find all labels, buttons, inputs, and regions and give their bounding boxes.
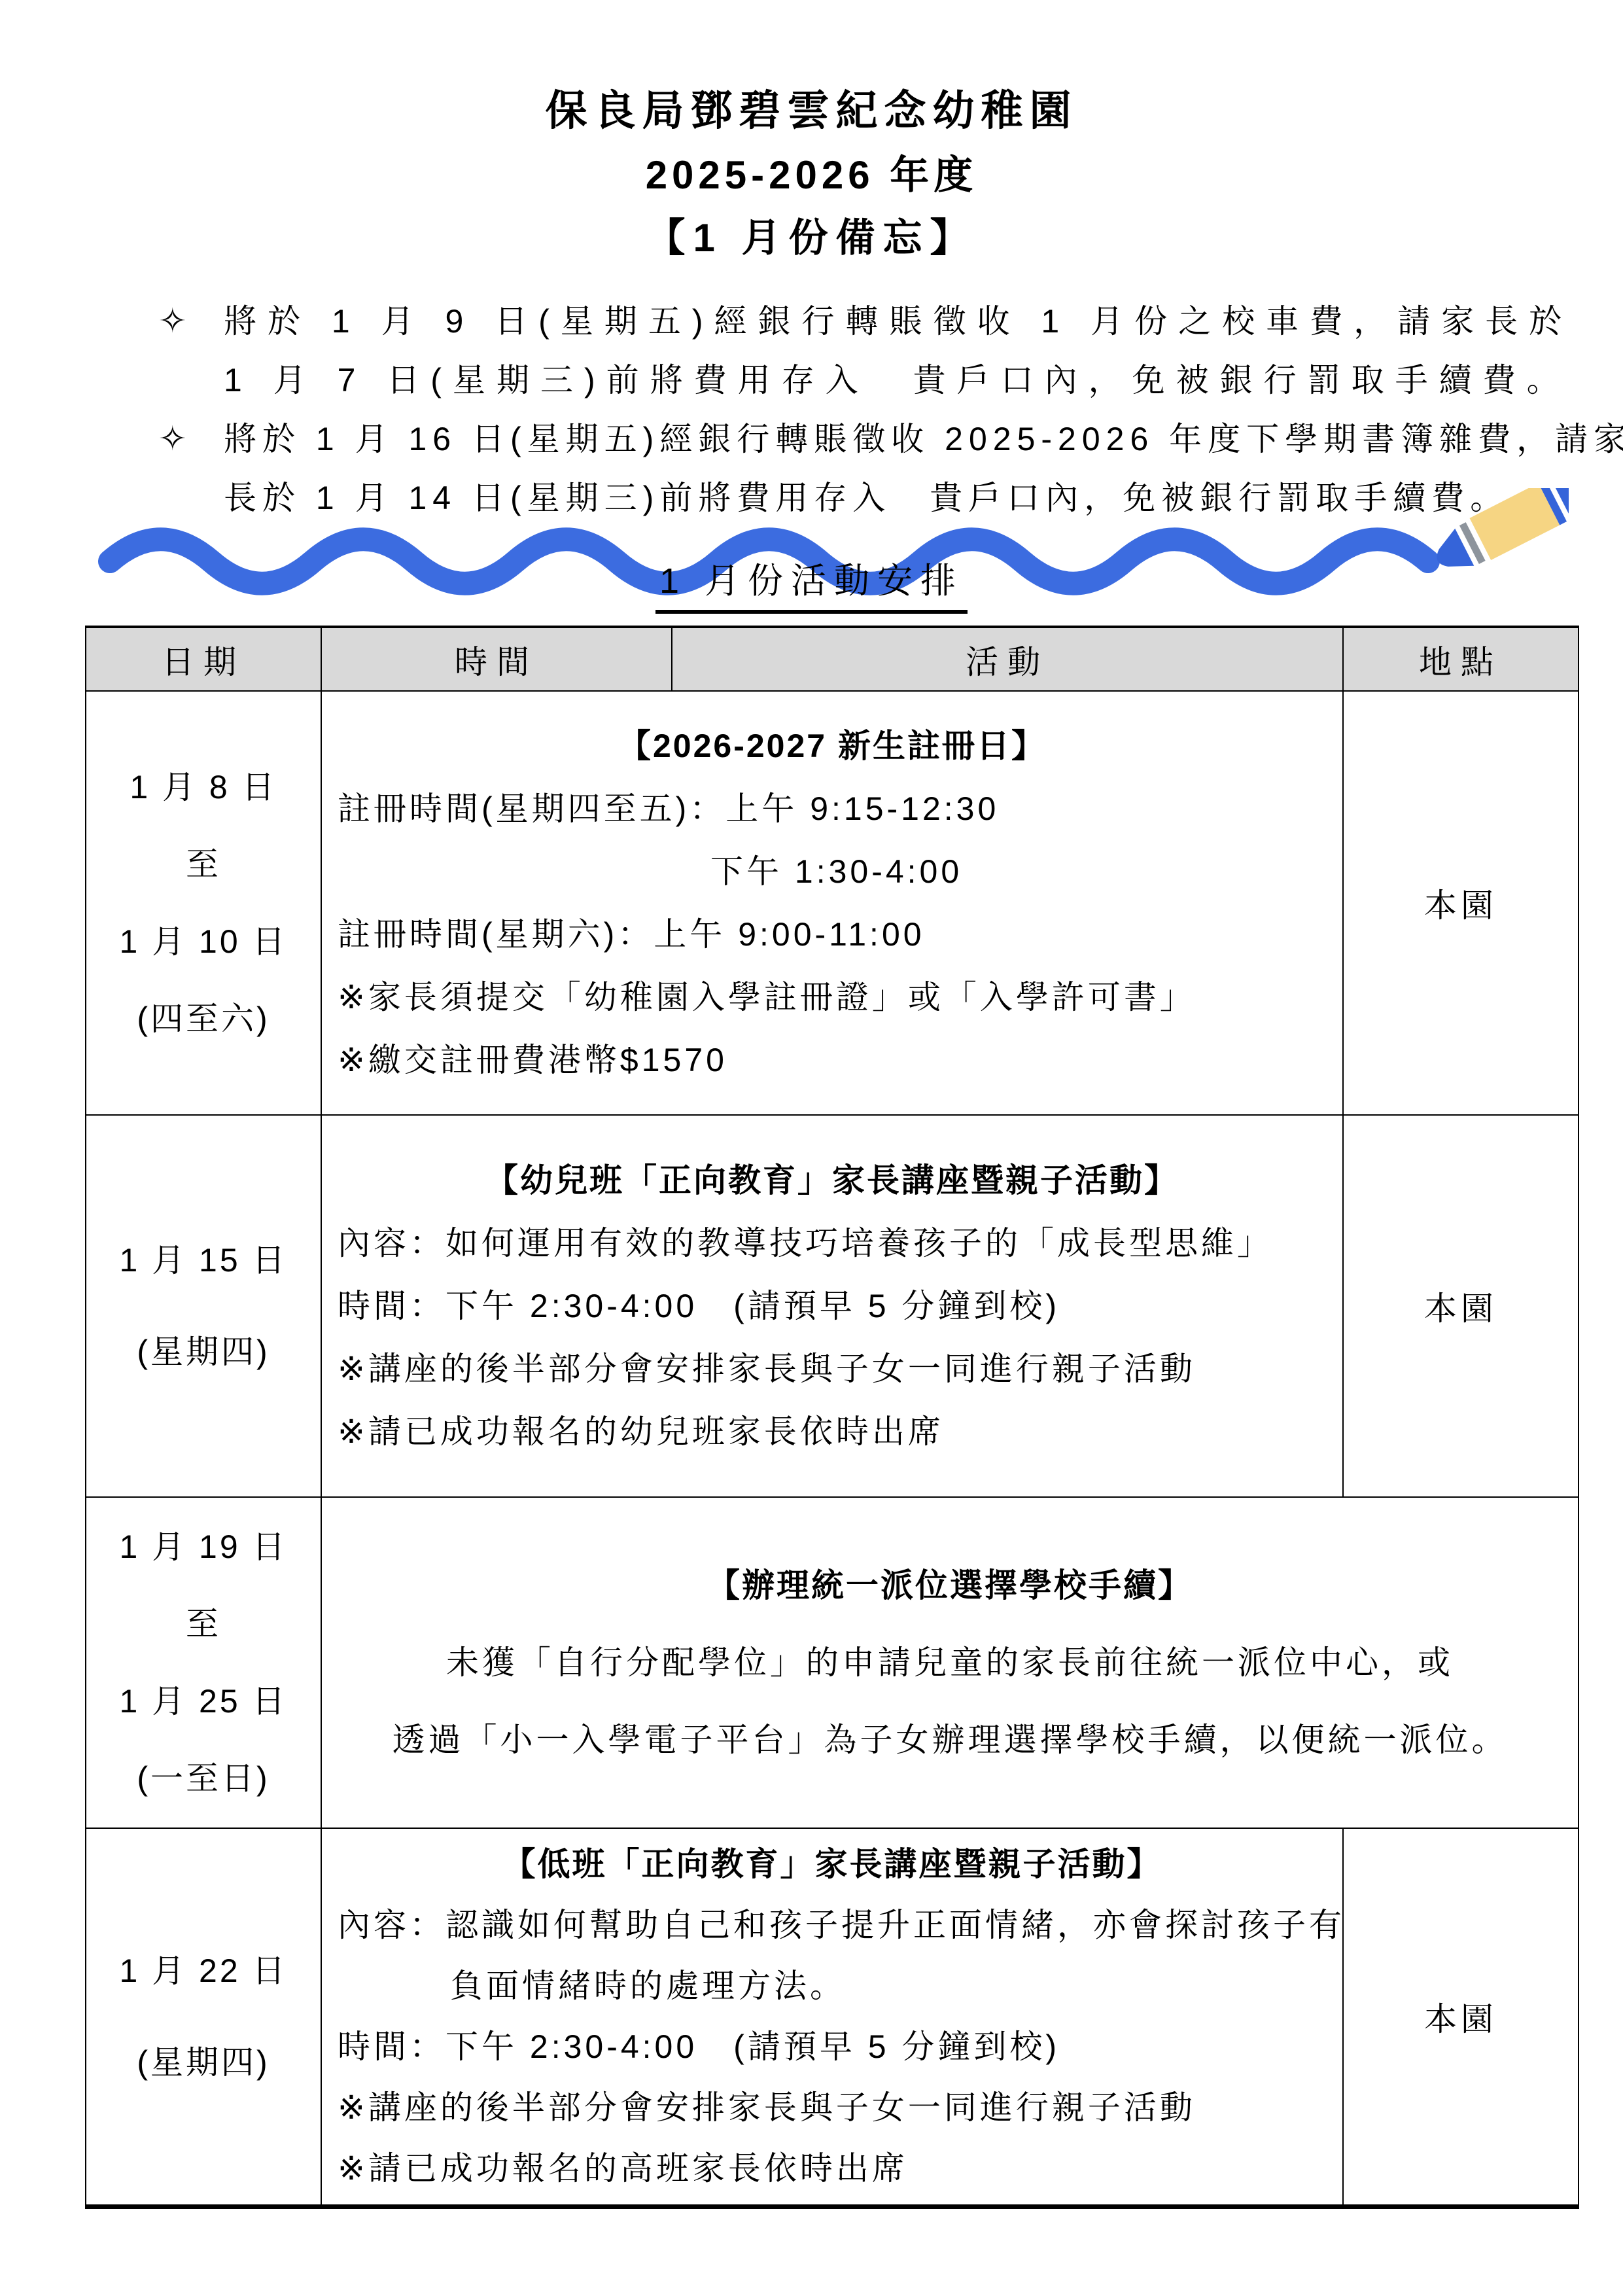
date-line: 1 月 22 日: [90, 1925, 317, 2017]
memo-item-bus-fee: ✧ 將於 1 月 9 日(星期五)經銀行轉賬徵收 1 月份之校車費，請家長於 1…: [158, 292, 1531, 410]
memo-line: 1 月 7 日(星期三)前將費用存入 貴戶口內，免被銀行罰取手續費。: [224, 351, 1573, 410]
school-name: 保良局鄧碧雲紀念幼稚園: [0, 85, 1623, 136]
date-line: (星期四): [90, 1306, 317, 1398]
activity-cell: 【辦理統一派位選擇學校手續】 未獲「自行分配學位」的申請兒童的家長前往統一派位中…: [321, 1497, 1579, 1828]
activity-line: 負面情緒時的處理方法。: [450, 1956, 1327, 2017]
memo-heading: 【1 月份備忘】: [0, 215, 1623, 262]
date-line: 至: [90, 826, 317, 903]
activity-title: 【辦理統一派位選擇學校手續】: [338, 1547, 1562, 1624]
activity-line: 內容：認識如何幫助自己和孩子提升正面情緒，亦會探討孩子有: [338, 1895, 1327, 1956]
date-line: 1 月 10 日: [90, 903, 317, 980]
activity-line: 註冊時間(星期四至五)：上午 9:15-12:30: [338, 777, 1327, 840]
table-row-registration: 1 月 8 日 至 1 月 10 日 (四至六) 【2026-2027 新生註冊…: [86, 691, 1579, 1115]
col-header-activity: 活動: [672, 627, 1343, 691]
schedule-table: 日期 時間 活動 地點 1 月 8 日 至 1 月 10 日 (四至六) 【20…: [85, 626, 1579, 2209]
activity-line: 註冊時間(星期六)：上午 9:00-11:00: [338, 903, 1327, 966]
table-row-k2-seminar: 1 月 22 日 (星期四) 【低班「正向教育」家長講座暨親子活動】 內容：認識…: [86, 1828, 1579, 2207]
activity-line: 時間：下午 2:30-4:00 (請預早 5 分鐘到校): [338, 2017, 1327, 2077]
activity-line: ※繳交註冊費港幣$1570: [338, 1029, 1327, 1091]
location-cell: 本園: [1343, 1115, 1579, 1497]
activity-line: 未獲「自行分配學位」的申請兒童的家長前往統一派位中心，或: [338, 1624, 1562, 1701]
memo-item-text: 將於 1 月 9 日(星期五)經銀行轉賬徵收 1 月份之校車費，請家長於 1 月…: [224, 292, 1573, 410]
col-header-location: 地點: [1343, 627, 1579, 691]
memo-line: 將於 1 月 16 日(星期五)經銀行轉賬徵收 2025-2026 年度下學期書…: [224, 410, 1623, 468]
date-line: (一至日): [90, 1740, 317, 1817]
activity-cell: 【低班「正向教育」家長講座暨親子活動】 內容：認識如何幫助自己和孩子提升正面情緒…: [321, 1828, 1343, 2207]
date-line: 1 月 19 日: [90, 1508, 317, 1585]
date-cell: 1 月 15 日 (星期四): [86, 1115, 321, 1497]
activity-line: ※講座的後半部分會安排家長與子女一同進行親子活動: [338, 2077, 1327, 2138]
memo-line: 將於 1 月 9 日(星期五)經銀行轉賬徵收 1 月份之校車費，請家長於: [224, 292, 1573, 351]
col-header-date: 日期: [86, 627, 321, 691]
col-header-time: 時間: [321, 627, 672, 691]
activity-line: ※講座的後半部分會安排家長與子女一同進行親子活動: [338, 1337, 1327, 1400]
activity-line: ※請已成功報名的高班家長依時出席: [338, 2138, 1327, 2199]
table-header-row: 日期 時間 活動 地點: [86, 627, 1579, 691]
date-cell: 1 月 19 日 至 1 月 25 日 (一至日): [86, 1497, 321, 1828]
activity-title: 【2026-2027 新生註冊日】: [338, 715, 1327, 777]
memo-item-text: 將於 1 月 16 日(星期五)經銀行轉賬徵收 2025-2026 年度下學期書…: [224, 410, 1623, 527]
schedule-title-wrap: 1 月份活動安排: [0, 560, 1623, 614]
diamond-bullet-icon: ✧: [158, 410, 224, 468]
table-row-central-allocation: 1 月 19 日 至 1 月 25 日 (一至日) 【辦理統一派位選擇學校手續】…: [86, 1497, 1579, 1828]
activity-line: 內容：如何運用有效的教導技巧培養孩子的「成長型思維」: [338, 1212, 1327, 1275]
activity-line: ※請已成功報名的幼兒班家長依時出席: [338, 1400, 1327, 1463]
date-line: 1 月 8 日: [90, 749, 317, 826]
location-cell: 本園: [1343, 691, 1579, 1115]
memo-line: 長於 1 月 14 日(星期三)前將費用存入 貴戶口內，免被銀行罰取手續費。: [224, 468, 1623, 527]
diamond-bullet-icon: ✧: [158, 292, 224, 351]
activity-line: ※家長須提交「幼稚園入學註冊證」或「入學許可書」: [338, 966, 1327, 1029]
memo-item-book-fee: ✧ 將於 1 月 16 日(星期五)經銀行轉賬徵收 2025-2026 年度下學…: [158, 410, 1531, 527]
activity-line: 時間：下午 2:30-4:00 (請預早 5 分鐘到校): [338, 1275, 1327, 1337]
memo-list: ✧ 將於 1 月 9 日(星期五)經銀行轉賬徵收 1 月份之校車費，請家長於 1…: [158, 292, 1531, 527]
activity-cell: 【幼兒班「正向教育」家長講座暨親子活動】 內容：如何運用有效的教導技巧培養孩子的…: [321, 1115, 1343, 1497]
activity-title: 【幼兒班「正向教育」家長講座暨親子活動】: [338, 1149, 1327, 1212]
activity-line: 下午 1:30-4:00: [710, 840, 1327, 903]
date-line: 至: [90, 1585, 317, 1663]
school-year: 2025-2026 年度: [0, 152, 1623, 199]
activity-cell: 【2026-2027 新生註冊日】 註冊時間(星期四至五)：上午 9:15-12…: [321, 691, 1343, 1115]
date-line: 1 月 25 日: [90, 1663, 317, 1740]
activity-line: 透過「小一入學電子平台」為子女辦理選擇學校手續，以便統一派位。: [338, 1701, 1562, 1778]
location-cell: 本園: [1343, 1828, 1579, 2207]
date-line: (四至六): [90, 980, 317, 1057]
date-line: 1 月 15 日: [90, 1214, 317, 1306]
document-header: 保良局鄧碧雲紀念幼稚園 2025-2026 年度 【1 月份備忘】: [0, 0, 1623, 262]
table-row-k1-seminar: 1 月 15 日 (星期四) 【幼兒班「正向教育」家長講座暨親子活動】 內容：如…: [86, 1115, 1579, 1497]
activity-title: 【低班「正向教育」家長講座暨親子活動】: [338, 1834, 1327, 1895]
date-cell: 1 月 8 日 至 1 月 10 日 (四至六): [86, 691, 321, 1115]
date-cell: 1 月 22 日 (星期四): [86, 1828, 321, 2207]
date-line: (星期四): [90, 2017, 317, 2108]
schedule-title: 1 月份活動安排: [655, 560, 968, 614]
document-page: 保良局鄧碧雲紀念幼稚園 2025-2026 年度 【1 月份備忘】 ✧ 將於 1…: [0, 0, 1623, 2296]
